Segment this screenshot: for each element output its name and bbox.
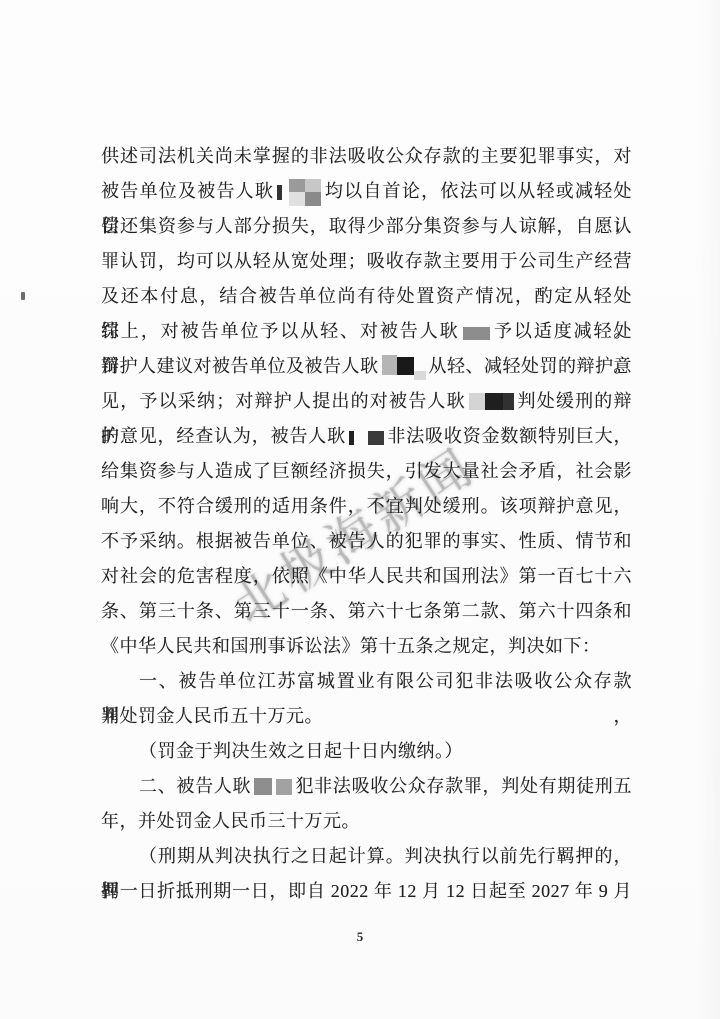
page-number: 5 — [0, 929, 720, 945]
redaction-block — [463, 327, 490, 340]
text-line: 二、被告人耿犯非法吸收公众存款罪，判处有期徒刑五 — [101, 769, 632, 804]
line-text: 犯非法吸收公众存款罪，判处有期徒刑五 — [295, 776, 632, 796]
redaction-block — [349, 431, 384, 445]
text-line: 《中华人民共和国刑事诉讼法》第十五条之规定，判决如下： — [101, 629, 632, 664]
line-text: 不予采纳。根据被告单位、被告人的犯罪的事实、性质、情节和 — [101, 531, 632, 551]
text-line: （刑期从判决执行之日起计算。判决执行以前先行羁押的，羁 — [101, 839, 632, 874]
text-line: 给集资参与人造成了巨额经济损失，引发大量社会矛盾，社会影 — [101, 454, 632, 489]
line-text: 综上，对被告单位予以从轻、对被告人耿 — [101, 321, 460, 341]
redaction-block — [254, 778, 292, 795]
line-text: 供述司法机关尚未掌握的非法吸收公众存款的主要犯罪事实，对 — [101, 146, 632, 166]
text-line: 见，予以采纳；对辩护人提出的对被告人耿判处缓刑的辩护 — [101, 384, 632, 419]
scan-artifact-dot — [21, 292, 25, 300]
line-text: 条、第三十条、第三十一条、第六十七条第二款、第六十四条和 — [101, 601, 632, 621]
line-text: 判处罚金人民币五十万元。 — [101, 706, 323, 726]
line-text: 年，并处罚金人民币三十万元。 — [101, 811, 360, 831]
line-text: 罪认罚，均可以从轻从宽处理；吸收存款主要用于公司生产经营 — [101, 251, 632, 271]
line-text: 辩护人建议对被告单位及被告人耿 — [101, 356, 379, 376]
text-line: 一、被告单位江苏富城置业有限公司犯非法吸收公众存款罪， — [101, 664, 632, 699]
text-line: 综上，对被告单位予以从轻、对被告人耿予以适度减轻处罚。 — [101, 314, 632, 349]
text-line: 对社会的危害程度，依照《中华人民共和国刑法》第一百七十六 — [101, 559, 632, 594]
line-text: 响大，不符合缓刑的适用条件，不宜判处缓刑。该项辩护意见， — [101, 496, 632, 516]
line-text: 见，予以采纳；对辩护人提出的对被告人耿 — [101, 391, 466, 411]
text-line: （罚金于判决生效之日起十日内缴纳。） — [101, 734, 632, 769]
text-line: 罪认罚，均可以从轻从宽处理；吸收存款主要用于公司生产经营 — [101, 244, 632, 279]
text-line: 供述司法机关尚未掌握的非法吸收公众存款的主要犯罪事实，对 — [101, 139, 632, 174]
scanned-judgment-page: 北极海新闻 供述司法机关尚未掌握的非法吸收公众存款的主要犯罪事实，对 被告单位及… — [0, 0, 720, 1019]
redaction-block — [469, 393, 514, 410]
line-text: 被告单位及被告人耿 — [101, 181, 274, 201]
line-text: 给集资参与人造成了巨额经济损失，引发大量社会矛盾，社会影 — [101, 461, 632, 481]
line-text: 《中华人民共和国刑事诉讼法》第十五条之规定，判决如下： — [101, 636, 601, 656]
redaction-block — [382, 355, 426, 375]
text-line: 年，并处罚金人民币三十万元。 — [101, 804, 632, 839]
line-text: 偿还集资参与人部分损失，取得少部分集资参与人谅解，自愿认 — [101, 216, 632, 236]
line-text: 对社会的危害程度，依照《中华人民共和国刑法》第一百七十六 — [101, 566, 632, 586]
line-text: （罚金于判决生效之日起十日内缴纳。） — [139, 741, 463, 761]
line-text: 二、被告人耿 — [139, 776, 251, 796]
text-line: 辩护人建议对被告单位及被告人耿从轻、减轻处罚的辩护意 — [101, 349, 632, 384]
text-line: 被告单位及被告人耿均以自首论，依法可以从轻或减轻处罚； — [101, 174, 632, 209]
text-line: 及还本付息，结合被告单位尚有待处置资产情况，酌定从轻处罚。 — [101, 279, 632, 314]
text-line: 的意见，经查认为，被告人耿非法吸收资金数额特别巨大， — [101, 419, 632, 454]
text-line: 偿还集资参与人部分损失，取得少部分集资参与人谅解，自愿认 — [101, 209, 632, 244]
line-text: 押一日折抵刑期一日，即自 2022 年 12 月 12 日起至 2027 年 9… — [101, 881, 632, 901]
text-line: 押一日折抵刑期一日，即自 2022 年 12 月 12 日起至 2027 年 9… — [101, 874, 632, 909]
line-text: 非法吸收资金数额特别巨大， — [387, 426, 632, 446]
redaction-block — [277, 179, 321, 206]
text-line: 响大，不符合缓刑的适用条件，不宜判处缓刑。该项辩护意见， — [101, 489, 632, 524]
line-text: 从轻、减轻处罚的辩护意 — [429, 356, 633, 376]
text-line: 不予采纳。根据被告单位、被告人的犯罪的事实、性质、情节和 — [101, 524, 632, 559]
judgment-text-column: 供述司法机关尚未掌握的非法吸收公众存款的主要犯罪事实，对 被告单位及被告人耿均以… — [101, 139, 632, 909]
text-line: 条、第三十条、第三十一条、第六十七条第二款、第六十四条和 — [101, 594, 632, 629]
line-text: 的意见，经查认为，被告人耿 — [101, 426, 346, 446]
